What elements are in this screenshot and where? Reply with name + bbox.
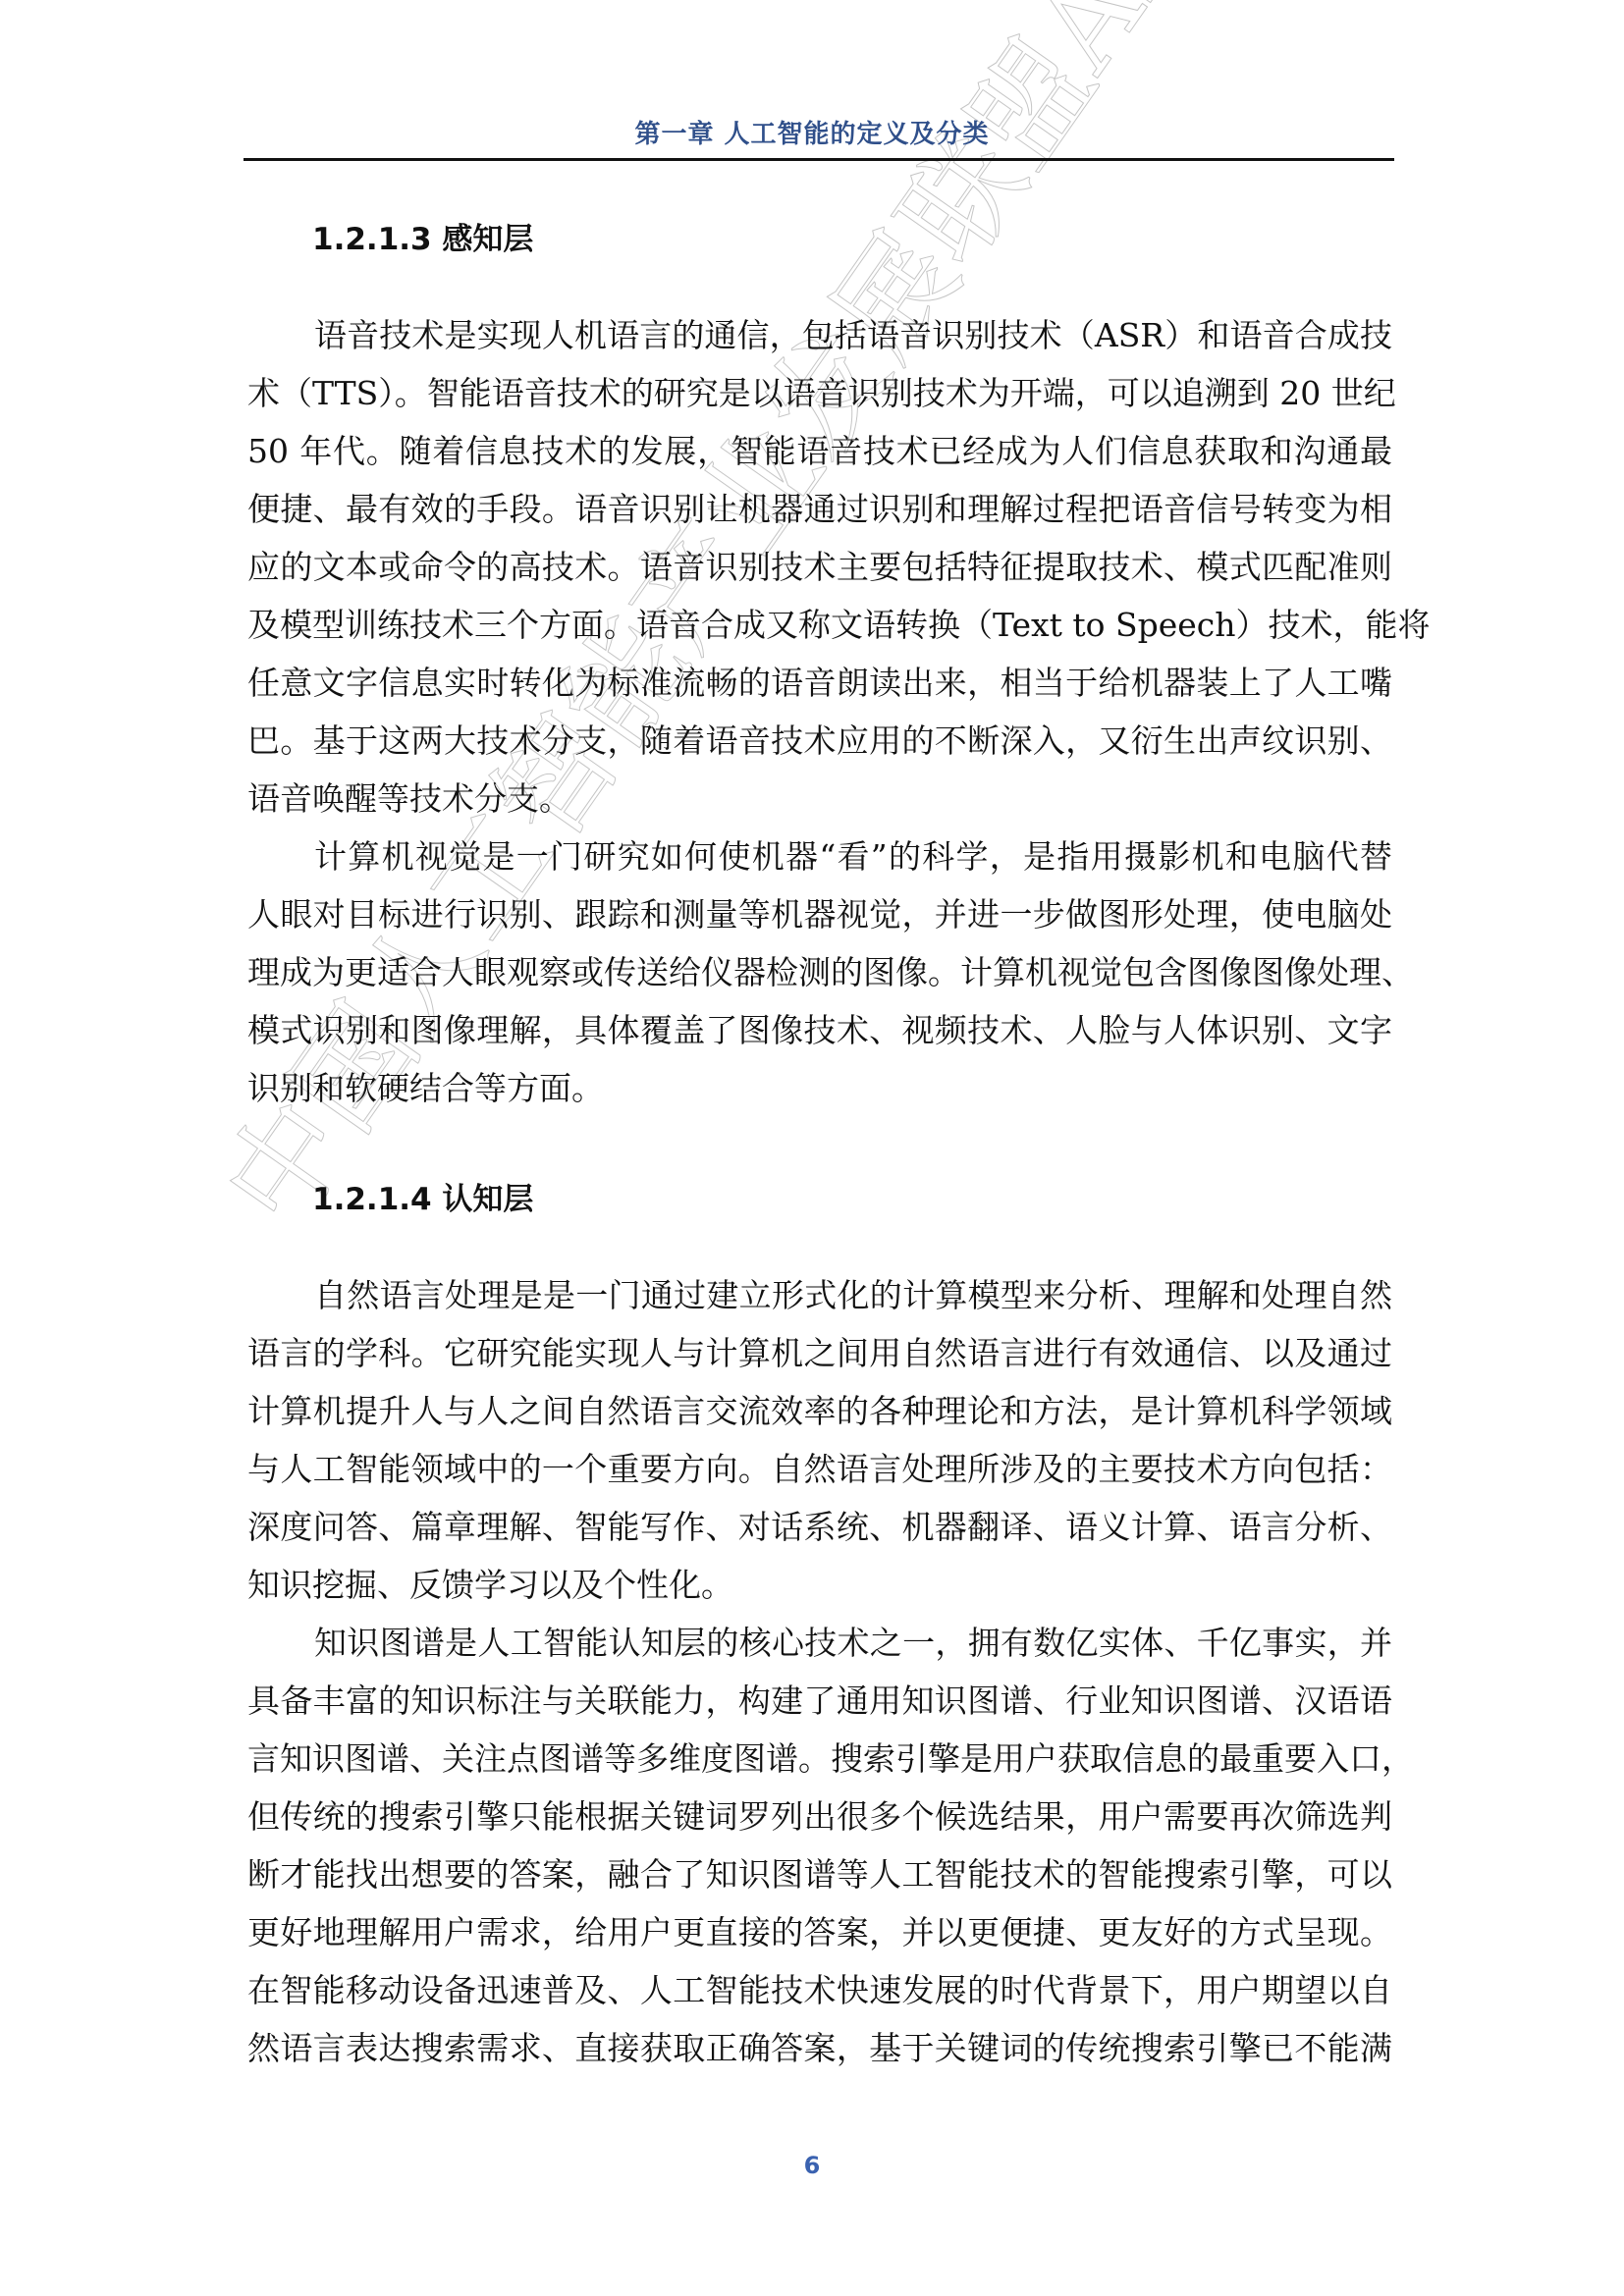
document-page: 中国人工智能产业发展联盟AIIA 第一章 人工智能的定义及分类 1.2.1.3 … (0, 0, 1624, 2296)
paragraph-line: 人眼对目标进行识别、跟踪和测量等机器视觉，并进一步做图形处理，使电脑处 (247, 893, 1392, 936)
paragraph-line: 但传统的搜索引擎只能根据关键词罗列出很多个候选结果，用户需要再次筛选判 (247, 1795, 1392, 1839)
page-number: 6 (0, 2152, 1624, 2179)
paragraph-line: 理成为更适合人眼观察或传送给仪器检测的图像。计算机视觉包含图像图像处理、 (247, 951, 1392, 994)
paragraph-line: 语言的学科。它研究能实现人与计算机之间用自然语言进行有效通信、以及通过 (247, 1332, 1392, 1375)
paragraph-line: 便捷、最有效的手段。语音识别让机器通过识别和理解过程把语音信号转变为相 (247, 488, 1392, 531)
paragraph-line: 言知识图谱、关注点图谱等多维度图谱。搜索引擎是用户获取信息的最重要入口， (247, 1737, 1392, 1781)
paragraph-line: 与人工智能领域中的一个重要方向。自然语言处理所涉及的主要技术方向包括： (247, 1448, 1392, 1491)
paragraph-line: 识别和软硬结合等方面。 (247, 1067, 1392, 1110)
paragraph-line: 及模型训练技术三个方面。语音合成又称文语转换（Text to Speech）技术… (247, 604, 1392, 647)
section-heading-cognition-layer: 1.2.1.4 认知层 (312, 1174, 533, 1218)
section-heading-perception-layer: 1.2.1.3 感知层 (312, 214, 533, 258)
paragraph-line: 知识挖掘、反馈学习以及个性化。 (247, 1564, 1392, 1607)
paragraph-line: 语音唤醒等技术分支。 (247, 777, 1392, 821)
paragraph-line: 具备丰富的知识标注与关联能力，构建了通用知识图谱、行业知识图谱、汉语语 (247, 1680, 1392, 1723)
paragraph-line: 术（TTS）。智能语音技术的研究是以语音识别技术为开端，可以追溯到 20 世纪 (247, 372, 1392, 415)
paragraph-line: 更好地理解用户需求，给用户更直接的答案，并以更便捷、更友好的方式呈现。 (247, 1911, 1392, 1954)
paragraph-line: 自然语言处理是是一门通过建立形式化的计算模型来分析、理解和处理自然 (314, 1274, 1392, 1317)
paragraph-line: 计算机提升人与人之间自然语言交流效率的各种理论和方法，是计算机科学领域 (247, 1390, 1392, 1433)
running-header-title: 第一章 人工智能的定义及分类 (0, 114, 1624, 150)
paragraph-line: 计算机视觉是一门研究如何使机器“看”的科学，是指用摄影机和电脑代替 (314, 835, 1392, 879)
paragraph-line: 然语言表达搜索需求、直接获取正确答案，基于关键词的传统搜索引擎已不能满 (247, 2027, 1392, 2070)
paragraph-line: 任意文字信息实时转化为标准流畅的语音朗读出来，相当于给机器装上了人工嘴 (247, 662, 1392, 705)
paragraph-line: 知识图谱是人工智能认知层的核心技术之一，拥有数亿实体、千亿事实，并 (314, 1622, 1392, 1665)
paragraph-line: 语音技术是实现人机语言的通信，包括语音识别技术（ASR）和语音合成技 (314, 314, 1392, 357)
paragraph-line: 断才能找出想要的答案，融合了知识图谱等人工智能技术的智能搜索引擎，可以 (247, 1853, 1392, 1896)
paragraph-line: 应的文本或命令的高技术。语音识别技术主要包括特征提取技术、模式匹配准则 (247, 546, 1392, 589)
paragraph-line: 深度问答、篇章理解、智能写作、对话系统、机器翻译、语义计算、语言分析、 (247, 1506, 1392, 1549)
header-divider (244, 158, 1394, 161)
paragraph-line: 在智能移动设备迅速普及、人工智能技术快速发展的时代背景下，用户期望以自 (247, 1969, 1392, 2012)
paragraph-line: 50 年代。随着信息技术的发展，智能语音技术已经成为人们信息获取和沟通最 (247, 430, 1392, 473)
paragraph-line: 模式识别和图像理解，具体覆盖了图像技术、视频技术、人脸与人体识别、文字 (247, 1009, 1392, 1052)
paragraph-line: 巴。基于这两大技术分支，随着语音技术应用的不断深入，又衍生出声纹识别、 (247, 720, 1392, 763)
